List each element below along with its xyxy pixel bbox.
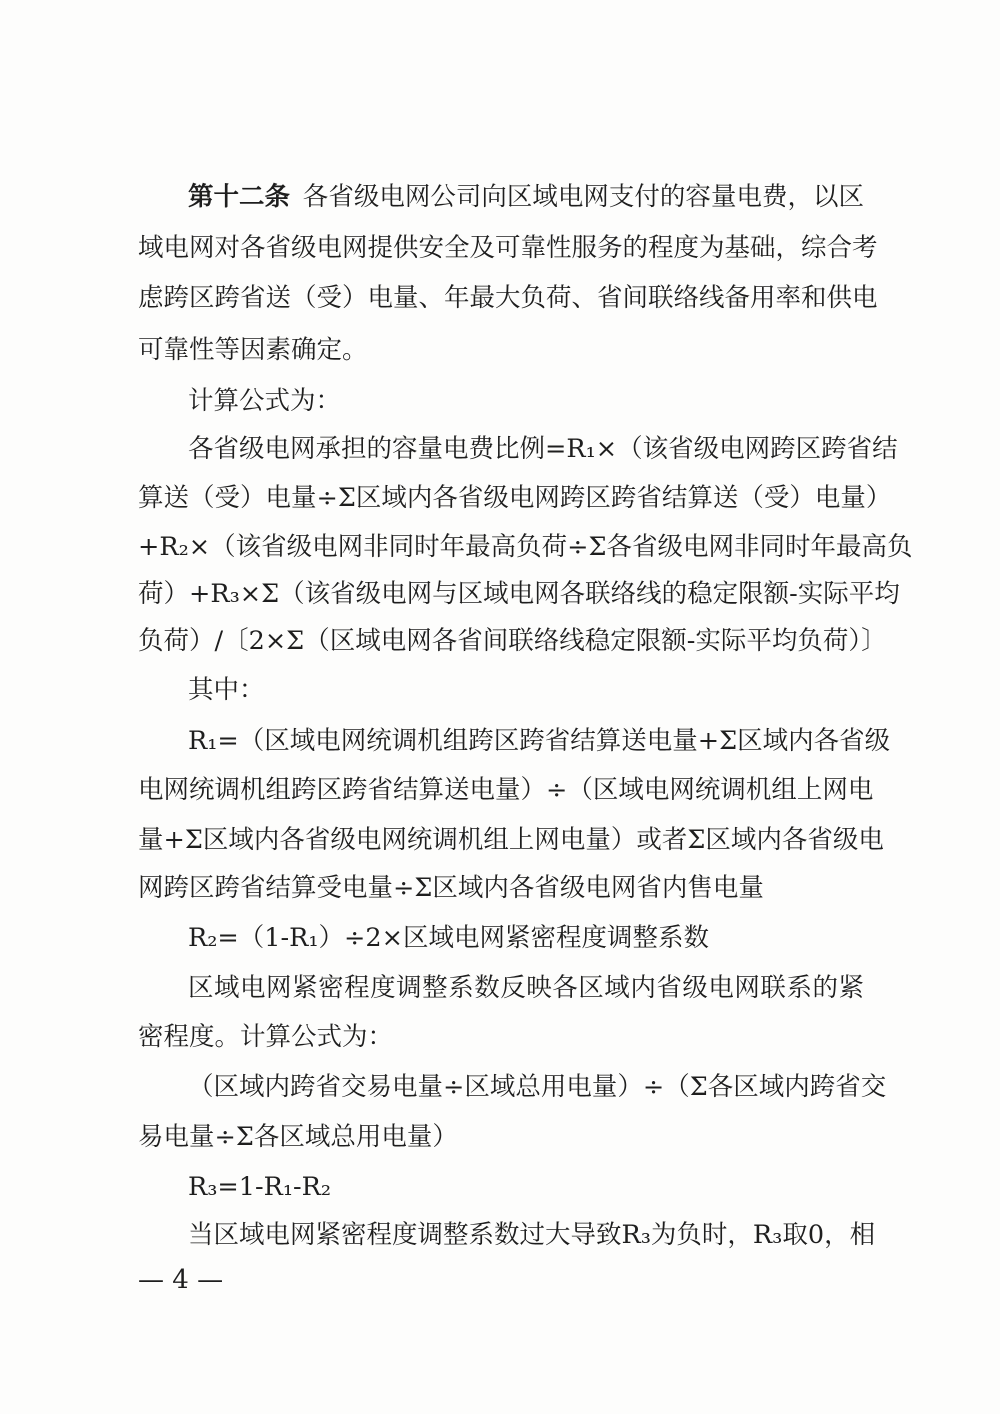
r2-definition: R₂=（1-R₁）÷2×区域电网紧密程度调整系数: [188, 918, 709, 958]
capacity-formula-line-5: 负荷）/〔2×Σ（区域电网各省间联络线稳定限额-实际平均负荷）〕: [138, 621, 864, 661]
article-heading: 第十二条: [188, 182, 290, 212]
formula-intro: 计算公式为：: [188, 381, 341, 421]
capacity-formula-line-2: 算送（受）电量÷Σ区域内各省级电网跨区跨省结算送（受）电量）: [138, 478, 864, 518]
r1-line-2: 电网统调机组跨区跨省结算送电量）÷（区域电网统调机组上网电: [138, 770, 864, 810]
document-page: 第十二条 各省级电网公司向区域电网支付的容量电费，以区 域电网对各省级电网提供安…: [0, 0, 1000, 1414]
article-12-line-2: 域电网对各省级电网提供安全及可靠性服务的程度为基础，综合考: [138, 228, 864, 268]
capacity-formula-line-3: +R₂×（该省级电网非同时年最高负荷÷Σ各省级电网非同时年最高负: [138, 527, 864, 567]
article-12-line-4: 可靠性等因素确定。: [138, 330, 864, 370]
tightness-description-line-1: 区域电网紧密程度调整系数反映各区域内省级电网联系的紧: [188, 968, 864, 1008]
where-label: 其中：: [188, 670, 265, 710]
tightness-description-line-2: 密程度。计算公式为：: [138, 1017, 864, 1057]
r3-negative-line-1: 当区域电网紧密程度调整系数过大导致R₃为负时，R₃取0，相: [188, 1215, 864, 1255]
r1-line-1: R₁=（区域电网统调机组跨区跨省结算送电量+Σ区域内各省级: [188, 721, 864, 761]
article-12-line-3: 虑跨区跨省送（受）电量、年最大负荷、省间联络线备用率和供电: [138, 278, 864, 318]
tightness-formula-line-2: 易电量÷Σ各区域总用电量）: [138, 1117, 864, 1157]
article-12-line-1: 第十二条 各省级电网公司向区域电网支付的容量电费，以区: [188, 177, 864, 217]
r1-line-3: 量+Σ区域内各省级电网统调机组上网电量）或者Σ区域内各省级电: [138, 820, 864, 860]
r1-line-4: 网跨区跨省结算受电量÷Σ区域内各省级电网省内售电量: [138, 868, 864, 908]
tightness-formula-line-1: （区域内跨省交易电量÷区域总用电量）÷（Σ各区域内跨省交: [188, 1067, 864, 1107]
r3-definition: R₃=1-R₁-R₂: [188, 1167, 331, 1207]
article-12-text: 各省级电网公司向区域电网支付的容量电费，以区: [303, 182, 864, 212]
capacity-formula-line-4: 荷）+R₃×Σ（该省级电网与区域电网各联络线的稳定限额-实际平均: [138, 574, 864, 614]
page-number: — 4 —: [138, 1260, 223, 1300]
capacity-formula-line-1: 各省级电网承担的容量电费比例=R₁×（该省级电网跨区跨省结: [188, 429, 864, 469]
